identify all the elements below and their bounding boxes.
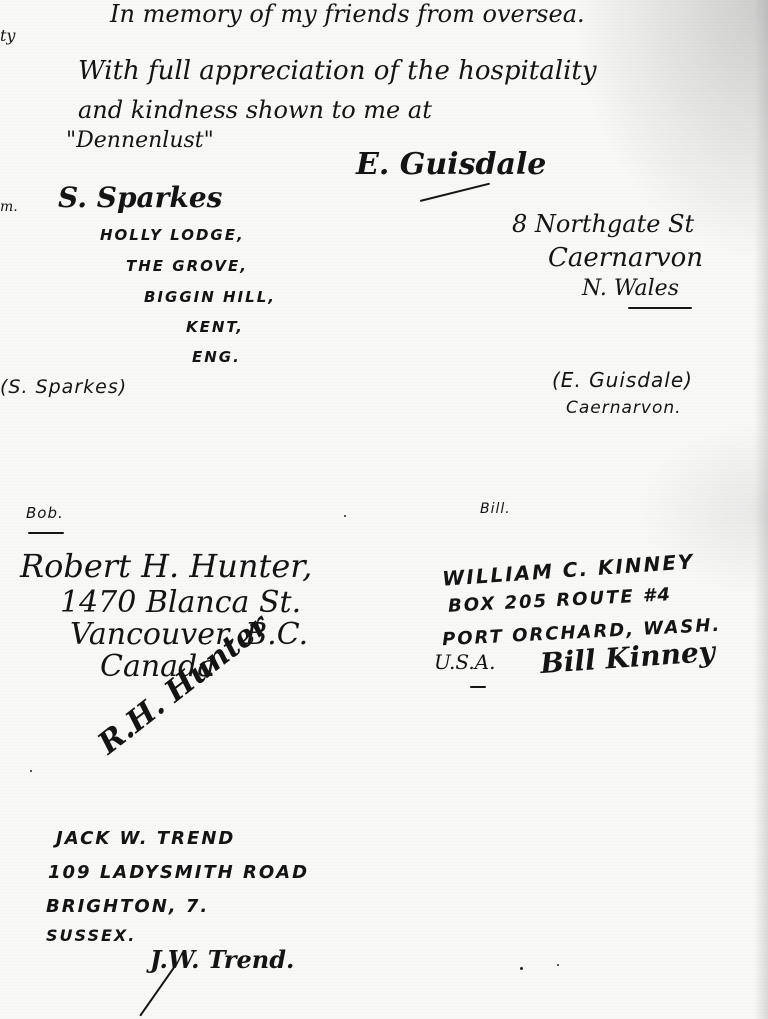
guisdale-signature: E. Guisdale (356, 150, 546, 180)
mckinney-country: U.S.A. (434, 652, 496, 672)
page-edge-shadow (754, 0, 768, 1019)
ink-speck (30, 770, 32, 772)
hunter-nickname: Bob. (26, 506, 64, 521)
ink-speck (344, 515, 346, 517)
dedication-text: In memory of my friends from oversea. (110, 2, 585, 26)
trend-address-line-2: BRIGHTON, 7. (46, 898, 209, 916)
sparkes-address-line-5: ENG. (192, 350, 241, 365)
sparkes-address-line-3: BIGGIN HILL, (144, 290, 276, 305)
sparkes-address-line-4: KENT, (186, 320, 244, 335)
message-line-3: "Dennenlust" (66, 130, 214, 152)
guisdale-address-line-3: N. Wales (582, 278, 679, 300)
sparkes-address-line-1: HOLLY LODGE, (100, 228, 245, 243)
hunter-address-line-1: 1470 Blanca St. (60, 588, 301, 618)
guisdale-printed-name: (E. Guisdale) (552, 370, 693, 390)
hunter-name-line: Robert H. Hunter, (20, 550, 312, 582)
margin-mark-top-left: ty (0, 28, 15, 44)
guisdale-printed-place: Caernarvon. (566, 400, 682, 417)
guisdale-address-line-1: 8 Northgate St (512, 212, 694, 236)
trend-address-line-1: 109 LADYSMITH ROAD (48, 864, 309, 882)
scanned-page: In memory of my friends from oversea. ty… (0, 0, 768, 1019)
guisdale-address-line-2: Caernarvon (548, 245, 703, 271)
nickname-underline (28, 532, 64, 534)
trend-name-line: JACK W. TREND (56, 830, 235, 848)
mckinney-address-line-1: BOX 205 ROUTE #4 (448, 586, 673, 616)
message-line-2: and kindness shown to me at (78, 98, 432, 122)
address-underline (628, 307, 692, 309)
mckinney-nickname: Bill. (480, 502, 511, 516)
small-dash-mark (470, 686, 486, 688)
ink-speck (520, 967, 523, 970)
trend-address-line-3: SUSSEX. (46, 928, 136, 944)
sparkes-address-line-2: THE GROVE, (126, 259, 248, 274)
margin-mark-left: m. (0, 200, 18, 214)
sparkes-signature: S. Sparkes (58, 184, 222, 212)
mckinney-name-line: WILLIAM C. KINNEY (442, 551, 695, 589)
ink-speck (557, 964, 559, 966)
mckinney-signature: Bill Kinney (539, 638, 716, 678)
signature-underline (420, 183, 490, 202)
message-line-1: With full appreciation of the hospitalit… (78, 58, 597, 84)
sparkes-printed-name: (S. Sparkes) (0, 378, 127, 397)
